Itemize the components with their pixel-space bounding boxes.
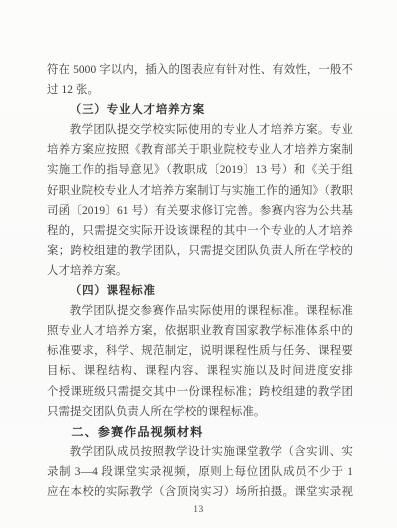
text-line: 司函〔2019〕61 号）有关要求修订完善。参赛内容为公共基础课 bbox=[47, 201, 353, 221]
text-line: 案；跨校组建的教学团队，只需提交团队负责人所在学校的专业 bbox=[47, 241, 353, 261]
text-line: 目标、课程结构、课程内容、课程实施以及时间进度安排等。多 bbox=[47, 361, 353, 381]
text-line: 实施工作的指导意见》（教职成〔2019〕13 号）和《关于组织做 bbox=[47, 160, 353, 180]
page-number: 13 bbox=[0, 505, 397, 515]
text-line: 录制 3—4 段课堂实录视频，原则上每位团队成员不少于 1 段， bbox=[47, 462, 353, 482]
text-line: 教学团队提交学校实际使用的专业人才培养方案。专业人才 bbox=[47, 120, 353, 140]
text-line: 培养方案应按照《教育部关于职业院校专业人才培养方案制订与 bbox=[47, 140, 353, 160]
document-page: 符在 5000 字以内，插入的图表应有针对性、有效性，一般不超过 12 张。（三… bbox=[0, 0, 397, 528]
text-line: 程的，只需提交实际开设该课程的其中一个专业的人才培养方 bbox=[47, 221, 353, 241]
text-line: 符在 5000 字以内，插入的图表应有针对性、有效性，一般不超 bbox=[47, 60, 353, 80]
text-line: 过 12 张。 bbox=[47, 80, 353, 100]
text-line: 个授课班级只需提交其中一份课程标准；跨校组建的教学团队， bbox=[47, 382, 353, 402]
text-line: 教学团队提交参赛作品实际使用的课程标准。课程标准应按 bbox=[47, 301, 353, 321]
section-heading: （三）专业人才培养方案 bbox=[47, 100, 353, 120]
text-line: 照专业人才培养方案，依据职业教育国家教学标准体系中的相关 bbox=[47, 321, 353, 341]
text-line: 只需提交团队负责人所在学校的课程标准。 bbox=[47, 402, 353, 422]
text-line: 教学团队成员按照教学设计实施课堂教学（含实训、实习）， bbox=[47, 442, 353, 462]
text-line: 应在本校的实际教学（含顶岗实习）场所拍摄。课堂实录视频每 bbox=[47, 482, 353, 502]
document-body: 符在 5000 字以内，插入的图表应有针对性、有效性，一般不超过 12 张。（三… bbox=[47, 60, 353, 502]
section-heading: （四）课程标准 bbox=[47, 281, 353, 301]
text-line: 人才培养方案。 bbox=[47, 261, 353, 281]
text-line: 好职业院校专业人才培养方案制订与实施工作的通知》（教职成 bbox=[47, 181, 353, 201]
text-line: 标准要求，科学、规范制定，说明课程性质与任务、课程要求与 bbox=[47, 341, 353, 361]
section-heading: 二、参赛作品视频材料 bbox=[47, 422, 353, 442]
